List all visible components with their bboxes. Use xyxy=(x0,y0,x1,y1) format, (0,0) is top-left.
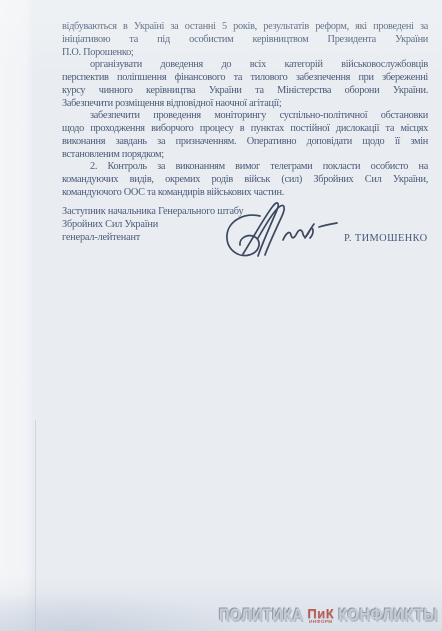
document-body: відбуваються в Україні за останні 5 рокі… xyxy=(62,21,428,200)
watermark-left-text: ПОЛИТИКА xyxy=(219,607,304,626)
signer-name: Р. ТИМОШЕНКО xyxy=(344,233,428,244)
body-line: щодо проходження виборчого процесу в пун… xyxy=(62,123,428,136)
pik-logo: ПиК ИНФОРМ xyxy=(307,608,334,624)
pik-logo-letters: ПиК xyxy=(307,608,334,619)
handwritten-signature xyxy=(215,200,350,265)
body-line: ініціативою та під особистим керівництво… xyxy=(62,34,428,47)
watermark-right-text: КОНФЛИКТЫ xyxy=(338,607,438,626)
pik-logo-subtext: ИНФОРМ xyxy=(309,619,332,624)
body-line: встановленим порядком; xyxy=(62,149,428,162)
body-line: Забезпечити розміщення відповідної наочн… xyxy=(62,98,428,111)
body-line: виконання завдань за призначенням. Опера… xyxy=(62,136,428,149)
body-line: П.О. Порошенко; xyxy=(62,47,428,60)
body-line: курсу чинного керівництва України та Мін… xyxy=(62,85,428,98)
body-line: командуючого ООС та командирів військови… xyxy=(62,187,428,200)
body-line: організувати доведення до всіх категорій… xyxy=(62,59,428,72)
body-line: відбуваються в Україні за останні 5 рокі… xyxy=(62,21,428,34)
scan-shadow xyxy=(0,591,240,631)
body-line: перспектив поліпшення фінансового та тил… xyxy=(62,72,428,85)
paragraph: 2. Контроль за виконанням вимог телеграм… xyxy=(62,161,428,199)
site-watermark: ПОЛИТИКА ПиК ИНФОРМ КОНФЛИКТЫ xyxy=(219,608,438,624)
page-left-margin-strip xyxy=(0,0,33,631)
paragraph: відбуваються в Україні за останні 5 рокі… xyxy=(62,21,428,59)
body-line: командуючих видів, окремих родів військ … xyxy=(62,174,428,187)
paragraph: організувати доведення до всіх категорій… xyxy=(62,59,428,110)
body-line: забезпечити проведення моніторингу суспі… xyxy=(62,110,428,123)
body-line: 2. Контроль за виконанням вимог телеграм… xyxy=(62,161,428,174)
scanned-document-page: відбуваються в Україні за останні 5 рокі… xyxy=(0,0,442,631)
scan-fold-line xyxy=(35,420,36,631)
paragraph: забезпечити проведення моніторингу суспі… xyxy=(62,110,428,161)
